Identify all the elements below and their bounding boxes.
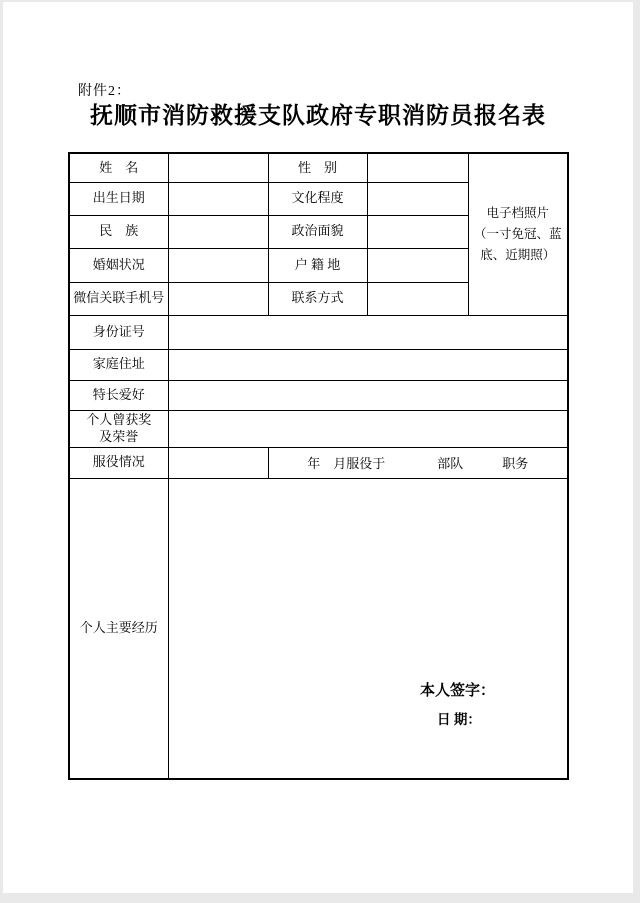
label-experience: 个人主要经历: [69, 478, 168, 779]
value-hobbies-cell: [168, 380, 568, 410]
form-title: 抚顺市消防救援支队政府专职消防员报名表: [3, 97, 633, 130]
table-row-awards: 个人曾获奖 及荣誉: [69, 410, 568, 447]
label-awards-line2: 及荣誉: [70, 429, 168, 445]
label-contact: 联系方式: [268, 282, 367, 315]
value-military-service-blank-cell: [168, 447, 268, 478]
label-marital-status: 婚姻状况: [69, 248, 168, 282]
table-row-hobbies: 特长爱好: [69, 380, 568, 410]
military-service-template-text: 年 月服役于 部队 职务: [268, 447, 568, 478]
label-name: 姓 名: [69, 153, 168, 182]
value-marital-status-cell: [168, 248, 268, 282]
form-page: 附件2： 抚顺市消防救援支队政府专职消防员报名表 姓 名 性 别 电子档照片 （…: [3, 2, 633, 893]
label-wechat-phone: 微信关联手机号: [69, 282, 168, 315]
value-gender-cell: [367, 153, 468, 182]
value-awards-cell: [168, 410, 568, 447]
value-id-number-cell: [168, 315, 568, 349]
photo-note-line3: 底、近期照）: [469, 245, 568, 266]
label-awards: 个人曾获奖 及荣誉: [69, 410, 168, 447]
value-name-cell: [168, 153, 268, 182]
photo-cell: 电子档照片 （一寸免冠、蓝 底、近期照）: [468, 153, 568, 315]
label-military-service: 服役情况: [69, 447, 168, 478]
table-row-id-number: 身份证号: [69, 315, 568, 349]
label-ethnicity: 民 族: [69, 215, 168, 248]
value-experience-cell: 本人签字： 日 期：: [168, 478, 568, 779]
value-birth-date-cell: [168, 182, 268, 215]
label-gender: 性 别: [268, 153, 367, 182]
value-contact-cell: [367, 282, 468, 315]
label-birth-date: 出生日期: [69, 182, 168, 215]
label-hobbies: 特长爱好: [69, 380, 168, 410]
label-id-number: 身份证号: [69, 315, 168, 349]
table-row-name-gender: 姓 名 性 别 电子档照片 （一寸免冠、蓝 底、近期照）: [69, 153, 568, 182]
value-education-cell: [367, 182, 468, 215]
value-political-status-cell: [367, 215, 468, 248]
photo-note-line1: 电子档照片: [469, 203, 568, 224]
table-row-military-service: 服役情况 年 月服役于 部队 职务: [69, 447, 568, 478]
table-row-home-address: 家庭住址: [69, 349, 568, 380]
registration-form-table: 姓 名 性 别 电子档照片 （一寸免冠、蓝 底、近期照） 出生日期 文化程度 民…: [68, 152, 569, 780]
value-ethnicity-cell: [168, 215, 268, 248]
photo-note-line2: （一寸免冠、蓝: [469, 224, 568, 245]
value-registered-residence-cell: [367, 248, 468, 282]
value-home-address-cell: [168, 349, 568, 380]
label-home-address: 家庭住址: [69, 349, 168, 380]
signature-label: 本人签字：: [420, 679, 495, 700]
signature-block: 本人签字： 日 期：: [420, 679, 495, 728]
table-row-experience: 个人主要经历 本人签字： 日 期：: [69, 478, 568, 779]
label-awards-line1: 个人曾获奖: [70, 412, 168, 428]
label-education: 文化程度: [268, 182, 367, 215]
value-wechat-phone-cell: [168, 282, 268, 315]
date-label: 日 期：: [420, 708, 495, 728]
label-registered-residence: 户 籍 地: [268, 248, 367, 282]
label-political-status: 政治面貌: [268, 215, 367, 248]
